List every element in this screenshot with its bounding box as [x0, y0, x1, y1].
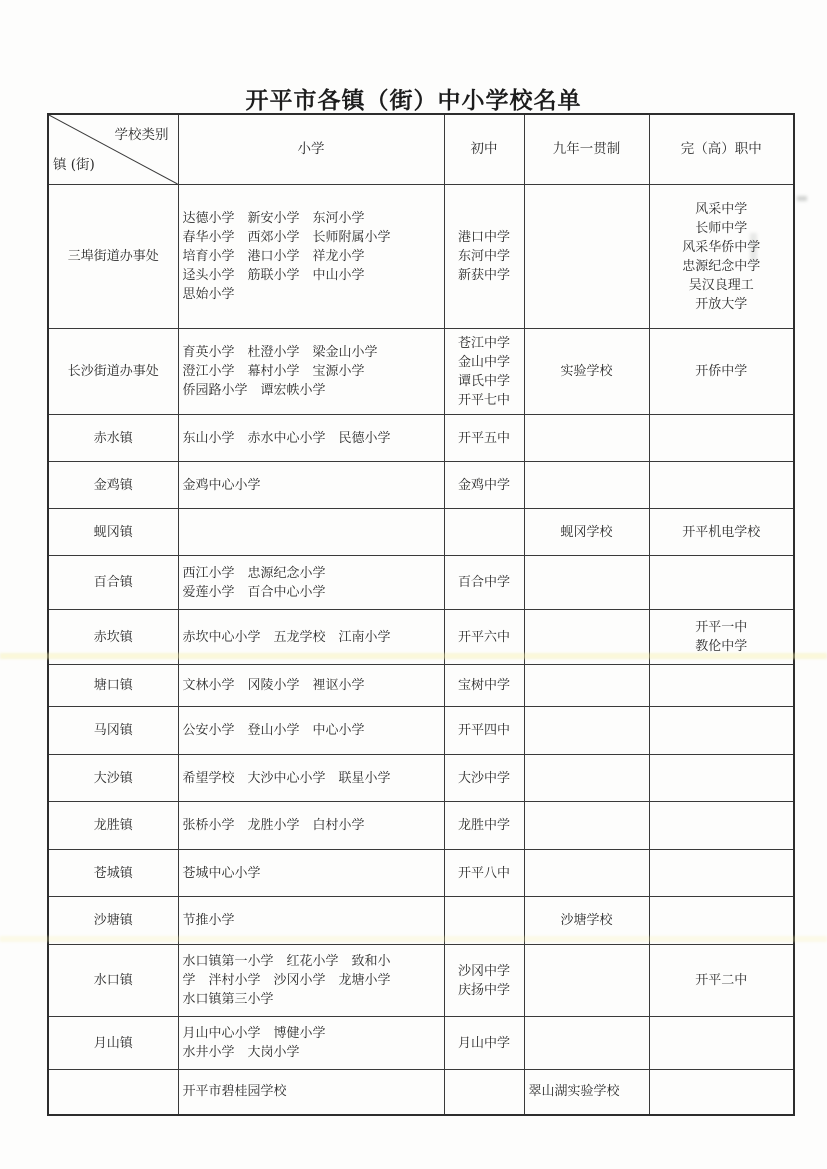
primary-schools: 东山小学 赤水中心小学 民德小学	[178, 415, 444, 462]
nine-year-schools: 沙塘学校	[524, 897, 649, 945]
nine-year-schools	[524, 462, 649, 509]
primary-schools: 西江小学 忠源纪念小学 爱莲小学 百合中心小学	[178, 556, 444, 610]
corner-label-town: 镇 (街)	[53, 156, 95, 175]
nine-year-schools	[524, 802, 649, 850]
nine-year-schools	[524, 707, 649, 755]
town-name: 长沙街道办事处	[48, 329, 178, 415]
primary-schools: 希望学校 大沙中心小学 联星小学	[178, 755, 444, 802]
vocational-schools: 开侨中学	[649, 329, 794, 415]
primary-schools: 开平市碧桂园学校	[178, 1070, 444, 1115]
town-name: 大沙镇	[48, 755, 178, 802]
nine-year-schools: 实验学校	[524, 329, 649, 415]
town-name: 赤水镇	[48, 415, 178, 462]
nine-year-schools	[524, 850, 649, 897]
junior-schools: 百合中学	[444, 556, 524, 610]
scan-smudge	[797, 196, 807, 201]
primary-schools: 赤坎中心小学 五龙学校 江南小学	[178, 610, 444, 665]
primary-schools: 金鸡中心小学	[178, 462, 444, 509]
table-row: 长沙街道办事处 育英小学 杜澄小学 梁金山小学 澄江小学 幕村小学 宝源小学 侨…	[48, 329, 794, 415]
vocational-schools	[649, 1070, 794, 1115]
table-row: 大沙镇 希望学校 大沙中心小学 联星小学 大沙中学	[48, 755, 794, 802]
table-row: 月山镇 月山中心小学 博健小学 水井小学 大岗小学 月山中学	[48, 1017, 794, 1070]
town-name: 沙塘镇	[48, 897, 178, 945]
table-row: 塘口镇 文林小学 冈陵小学 裡讴小学 宝树中学	[48, 665, 794, 707]
nine-year-schools	[524, 185, 649, 329]
scanned-document-page: 开平市各镇（街）中小学校名单 学校类别 镇 (街) 小学 初中 九年一贯制 完（…	[0, 0, 827, 1169]
junior-schools: 沙冈中学 庆扬中学	[444, 945, 524, 1017]
table-row: 金鸡镇 金鸡中心小学 金鸡中学	[48, 462, 794, 509]
junior-schools: 开平六中	[444, 610, 524, 665]
vocational-schools	[649, 1017, 794, 1070]
table-row: 蚬冈镇 蚬冈学校 开平机电学校	[48, 509, 794, 556]
vocational-schools: 风采中学 长师中学 风采华侨中学 忠源纪念中学 吴汉良理工 开放大学	[649, 185, 794, 329]
town-name: 水口镇	[48, 945, 178, 1017]
town-name: 苍城镇	[48, 850, 178, 897]
town-name: 金鸡镇	[48, 462, 178, 509]
junior-schools: 大沙中学	[444, 755, 524, 802]
primary-schools: 育英小学 杜澄小学 梁金山小学 澄江小学 幕村小学 宝源小学 侨园路小学 谭宏帙…	[178, 329, 444, 415]
nine-year-schools: 蚬冈学校	[524, 509, 649, 556]
primary-schools	[178, 509, 444, 556]
table-row: 百合镇 西江小学 忠源纪念小学 爱莲小学 百合中心小学 百合中学	[48, 556, 794, 610]
town-name: 三埠街道办事处	[48, 185, 178, 329]
primary-schools: 张桥小学 龙胜小学 白村小学	[178, 802, 444, 850]
table-row: 龙胜镇 张桥小学 龙胜小学 白村小学 龙胜中学	[48, 802, 794, 850]
nine-year-schools	[524, 415, 649, 462]
junior-schools: 月山中学	[444, 1017, 524, 1070]
town-name: 赤坎镇	[48, 610, 178, 665]
nine-year-schools	[524, 755, 649, 802]
junior-schools: 开平五中	[444, 415, 524, 462]
nine-year-schools	[524, 945, 649, 1017]
page-title: 开平市各镇（街）中小学校名单	[0, 82, 827, 115]
junior-schools: 开平四中	[444, 707, 524, 755]
town-name: 月山镇	[48, 1017, 178, 1070]
table-row: 沙塘镇 节推小学 沙塘学校	[48, 897, 794, 945]
vocational-schools: 开平二中	[649, 945, 794, 1017]
junior-schools: 宝树中学	[444, 665, 524, 707]
junior-schools: 苍江中学 金山中学 谭氏中学 开平七中	[444, 329, 524, 415]
town-name: 蚬冈镇	[48, 509, 178, 556]
vocational-schools: 开平一中 教伦中学	[649, 610, 794, 665]
nine-year-schools	[524, 556, 649, 610]
vocational-schools	[649, 665, 794, 707]
nine-year-schools	[524, 610, 649, 665]
primary-schools: 达德小学 新安小学 东河小学 春华小学 西郊小学 长师附属小学 培育小学 港口小…	[178, 185, 444, 329]
primary-schools: 月山中心小学 博健小学 水井小学 大岗小学	[178, 1017, 444, 1070]
table-row: 三埠街道办事处 达德小学 新安小学 东河小学 春华小学 西郊小学 长师附属小学 …	[48, 185, 794, 329]
junior-schools: 龙胜中学	[444, 802, 524, 850]
primary-schools: 节推小学	[178, 897, 444, 945]
table-header-row: 学校类别 镇 (街) 小学 初中 九年一贯制 完（高）职中	[48, 114, 794, 185]
junior-schools	[444, 897, 524, 945]
table-row: 赤坎镇 赤坎中心小学 五龙学校 江南小学 开平六中 开平一中 教伦中学	[48, 610, 794, 665]
vocational-schools	[649, 755, 794, 802]
table-row: 开平市碧桂园学校 翠山湖实验学校	[48, 1070, 794, 1115]
vocational-schools	[649, 556, 794, 610]
table-row: 马冈镇 公安小学 登山小学 中心小学 开平四中	[48, 707, 794, 755]
corner-header-cell: 学校类别 镇 (街)	[48, 114, 178, 185]
column-header-nine-year: 九年一贯制	[524, 114, 649, 185]
nine-year-schools: 翠山湖实验学校	[524, 1070, 649, 1115]
junior-schools: 开平八中	[444, 850, 524, 897]
table-row: 水口镇 水口镇第一小学 红花小学 致和小 学 泮村小学 沙冈小学 龙塘小学 水口…	[48, 945, 794, 1017]
column-header-junior: 初中	[444, 114, 524, 185]
school-list-table: 学校类别 镇 (街) 小学 初中 九年一贯制 完（高）职中 三埠街道办事处 达德…	[47, 113, 795, 1116]
town-name	[48, 1070, 178, 1115]
table-row: 苍城镇 苍城中心小学 开平八中	[48, 850, 794, 897]
vocational-schools: 开平机电学校	[649, 509, 794, 556]
corner-label-school-type: 学校类别	[115, 126, 169, 145]
junior-schools: 港口中学 东河中学 新获中学	[444, 185, 524, 329]
column-header-primary: 小学	[178, 114, 444, 185]
primary-schools: 公安小学 登山小学 中心小学	[178, 707, 444, 755]
junior-schools: 金鸡中学	[444, 462, 524, 509]
vocational-schools	[649, 415, 794, 462]
primary-schools: 苍城中心小学	[178, 850, 444, 897]
primary-schools: 水口镇第一小学 红花小学 致和小 学 泮村小学 沙冈小学 龙塘小学 水口镇第三小…	[178, 945, 444, 1017]
vocational-schools	[649, 897, 794, 945]
vocational-schools	[649, 802, 794, 850]
vocational-schools	[649, 850, 794, 897]
nine-year-schools	[524, 1017, 649, 1070]
primary-schools: 文林小学 冈陵小学 裡讴小学	[178, 665, 444, 707]
vocational-schools	[649, 707, 794, 755]
town-name: 百合镇	[48, 556, 178, 610]
junior-schools	[444, 509, 524, 556]
town-name: 龙胜镇	[48, 802, 178, 850]
vocational-schools	[649, 462, 794, 509]
nine-year-schools	[524, 665, 649, 707]
table-row: 赤水镇 东山小学 赤水中心小学 民德小学 开平五中	[48, 415, 794, 462]
column-header-vocational: 完（高）职中	[649, 114, 794, 185]
junior-schools	[444, 1070, 524, 1115]
town-name: 塘口镇	[48, 665, 178, 707]
town-name: 马冈镇	[48, 707, 178, 755]
